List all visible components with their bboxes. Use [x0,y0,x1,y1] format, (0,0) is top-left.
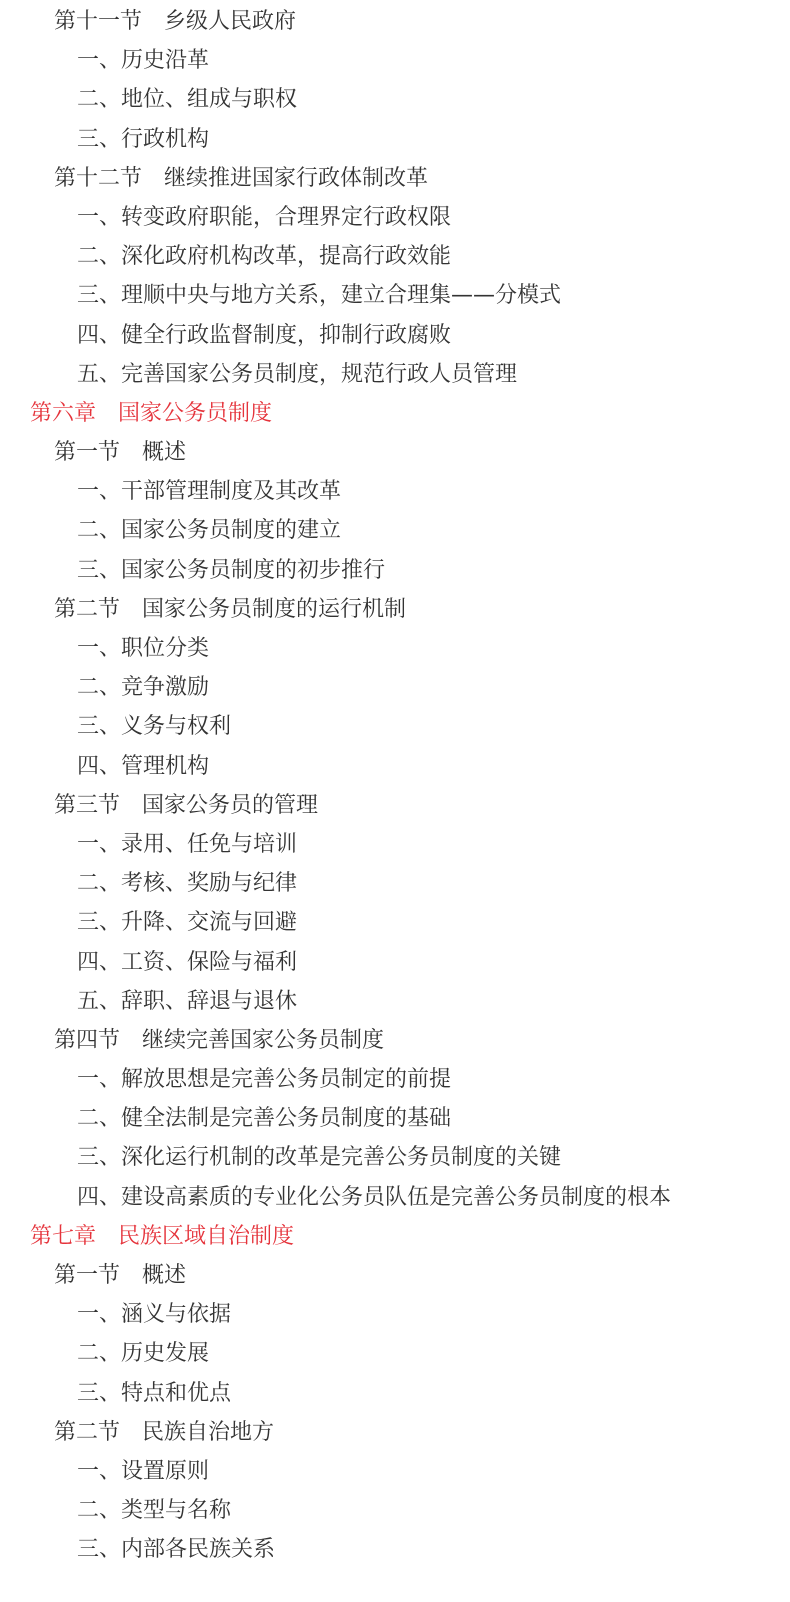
toc-item[interactable]: 三、深化运行机制的改革是完善公务员制度的关键 [0,1138,790,1177]
toc-item[interactable]: 五、完善国家公务员制度，规范行政人员管理 [0,355,790,394]
toc-section[interactable]: 第十一节 乡级人民政府 [0,2,790,41]
toc-item[interactable]: 四、管理机构 [0,747,790,786]
toc-chapter[interactable]: 第七章 民族区域自治制度 [0,1217,790,1256]
table-of-contents: 第十一节 乡级人民政府一、历史沿革二、地位、组成与职权三、行政机构第十二节 继续… [0,0,790,1570]
toc-item[interactable]: 一、录用、任免与培训 [0,825,790,864]
toc-item[interactable]: 三、行政机构 [0,120,790,159]
toc-item[interactable]: 二、地位、组成与职权 [0,80,790,119]
toc-chapter[interactable]: 第六章 国家公务员制度 [0,394,790,433]
toc-item[interactable]: 一、涵义与依据 [0,1295,790,1334]
toc-item[interactable]: 二、竞争激励 [0,668,790,707]
toc-section[interactable]: 第一节 概述 [0,1256,790,1295]
toc-item[interactable]: 一、历史沿革 [0,41,790,80]
toc-item[interactable]: 一、干部管理制度及其改革 [0,472,790,511]
toc-item[interactable]: 三、理顺中央与地方关系，建立合理集——分模式 [0,276,790,315]
toc-item[interactable]: 三、义务与权利 [0,707,790,746]
toc-item[interactable]: 二、类型与名称 [0,1491,790,1530]
toc-section[interactable]: 第二节 国家公务员制度的运行机制 [0,590,790,629]
toc-item[interactable]: 三、升降、交流与回避 [0,903,790,942]
toc-item[interactable]: 二、考核、奖励与纪律 [0,864,790,903]
toc-section[interactable]: 第一节 概述 [0,433,790,472]
toc-item[interactable]: 一、解放思想是完善公务员制定的前提 [0,1060,790,1099]
toc-section[interactable]: 第二节 民族自治地方 [0,1413,790,1452]
toc-section[interactable]: 第十二节 继续推进国家行政体制改革 [0,159,790,198]
toc-section[interactable]: 第三节 国家公务员的管理 [0,786,790,825]
toc-item[interactable]: 二、国家公务员制度的建立 [0,511,790,550]
toc-item[interactable]: 三、国家公务员制度的初步推行 [0,551,790,590]
toc-item[interactable]: 一、转变政府职能，合理界定行政权限 [0,198,790,237]
toc-item[interactable]: 二、健全法制是完善公务员制度的基础 [0,1099,790,1138]
toc-item[interactable]: 三、特点和优点 [0,1374,790,1413]
toc-item[interactable]: 三、内部各民族关系 [0,1530,790,1569]
toc-item[interactable]: 五、辞职、辞退与退休 [0,982,790,1021]
toc-item[interactable]: 四、工资、保险与福利 [0,943,790,982]
toc-item[interactable]: 四、健全行政监督制度，抑制行政腐败 [0,316,790,355]
toc-item[interactable]: 二、深化政府机构改革，提高行政效能 [0,237,790,276]
toc-item[interactable]: 一、设置原则 [0,1452,790,1491]
toc-item[interactable]: 一、职位分类 [0,629,790,668]
toc-item[interactable]: 四、建设高素质的专业化公务员队伍是完善公务员制度的根本 [0,1178,790,1217]
toc-item[interactable]: 二、历史发展 [0,1334,790,1373]
toc-section[interactable]: 第四节 继续完善国家公务员制度 [0,1021,790,1060]
